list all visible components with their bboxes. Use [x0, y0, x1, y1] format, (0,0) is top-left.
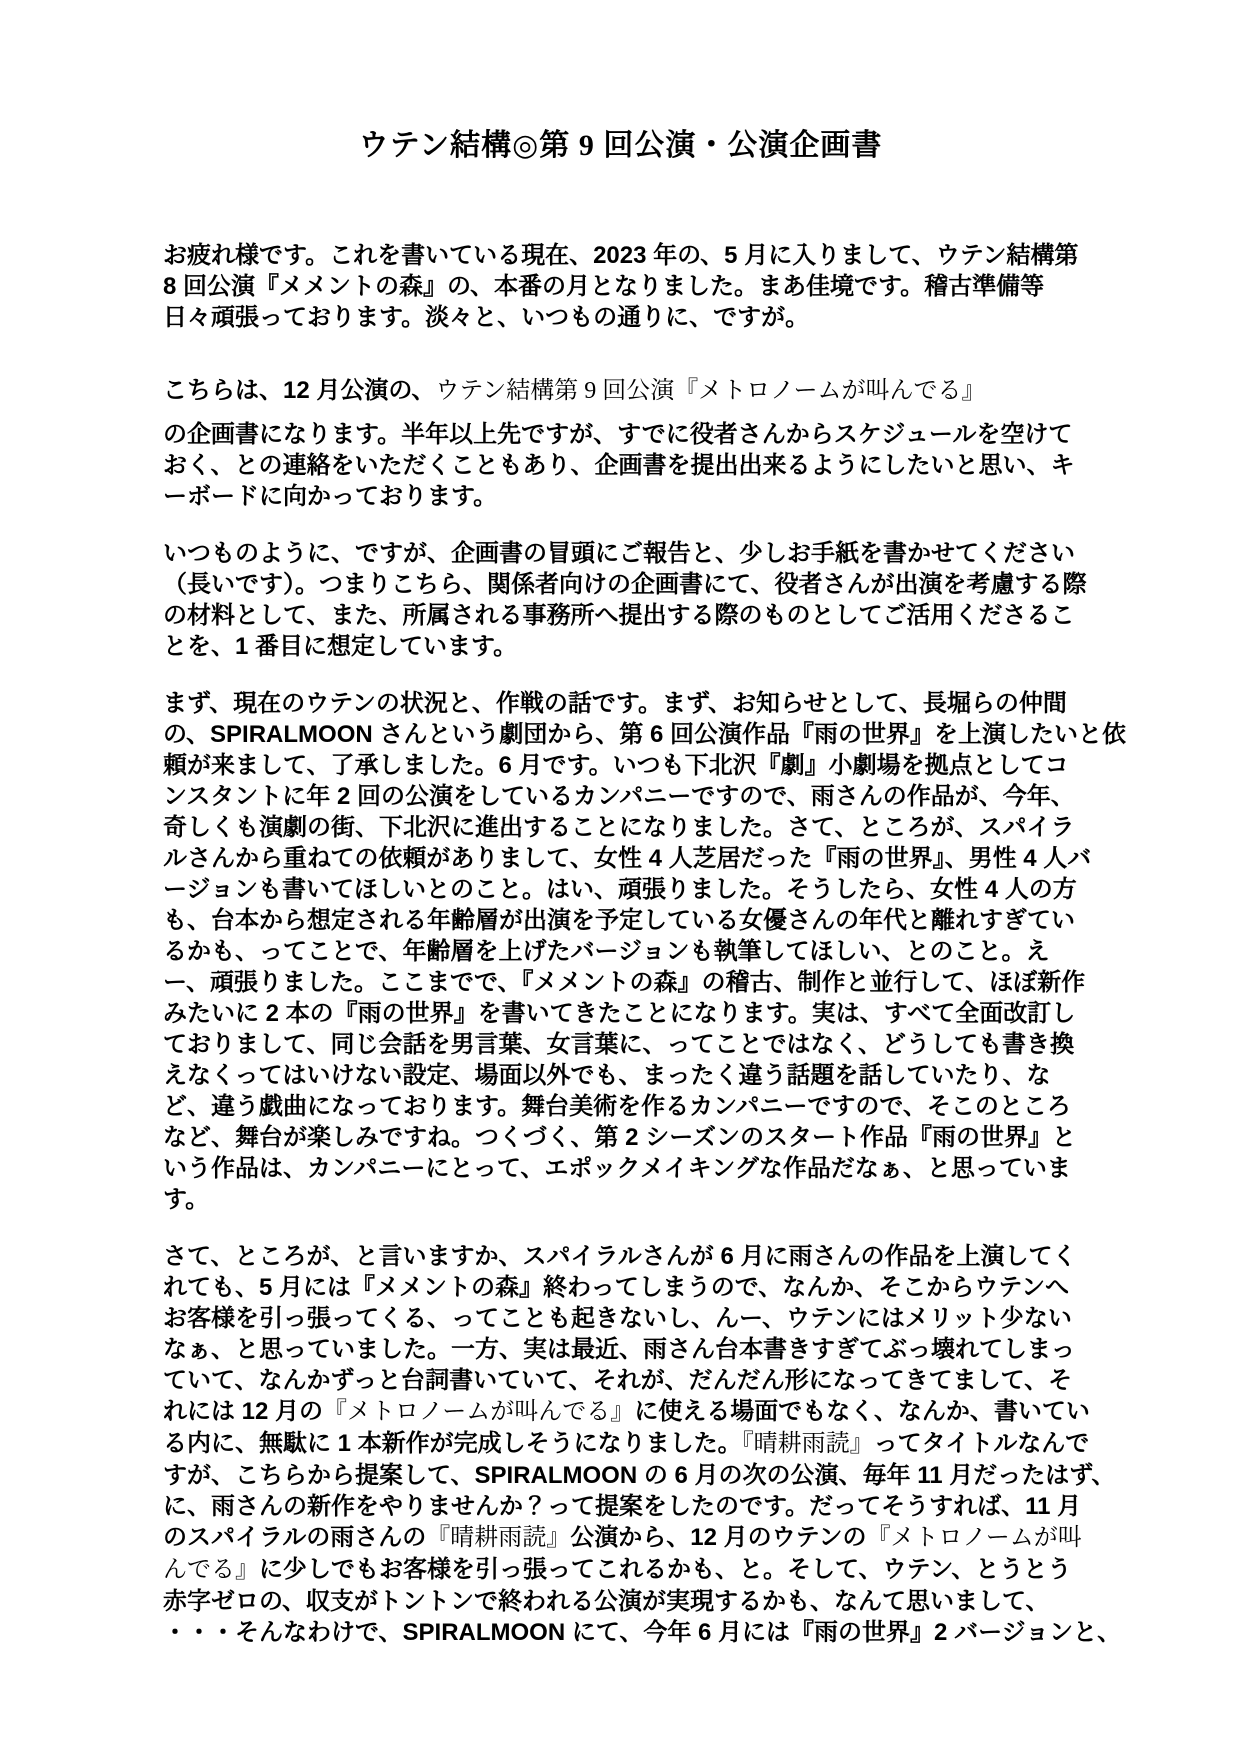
- text-line: ー、頑張りました。ここまでで、『メメントの森』の稽古、制作と並行して、ほぼ新作: [163, 967, 1131, 998]
- text-segment: れには 12 月の: [163, 1398, 323, 1425]
- text-segment: の、SPIRALMOON さんという劇団から、第 6 回公演作品『雨の世界』を上…: [163, 721, 1126, 748]
- text-line: （長いです）。つまりこちら、関係者向けの企画書にて、役者さんが出演を考慮する際: [163, 569, 1131, 600]
- text-segment: に少しでもお客様を引っ張ってこれるかも、と。そして、ウテン、とうとう: [259, 1556, 1071, 1583]
- text-line: 頼が来まして、了承しました。6 月です。いつも下北沢『劇』小劇場を拠点としてコ: [163, 750, 1131, 781]
- paragraph-uten-status: まず、現在のウテンの状況と、作戦の話です。まず、お知らせとして、長堀らの仲間の、…: [163, 688, 1131, 1215]
- text-segment: るかも、ってことで、年齢層を上げたバージョンも執筆してほしい、とのこと。え: [163, 938, 1050, 965]
- text-line: れても、5 月には『メメントの森』終わってしまうので、なんか、そこからウテンへ: [163, 1272, 1131, 1303]
- text-line: など、舞台が楽しみですね。つくづく、第 2 シーズンのスタート作品『雨の世界』と: [163, 1122, 1131, 1153]
- text-segment: ンスタントに年 2 回の公演をしているカンパニーですので、雨さんの作品が、今年、: [163, 783, 1075, 810]
- text-segment: す。: [163, 1186, 209, 1213]
- text-segment: 日々頑張っております。淡々と、いつもの通りに、ですが。: [163, 304, 809, 331]
- text-line: ージョンも書いてほしいとのこと。はい、頑張りました。そうしたら、女性 4 人の方: [163, 874, 1131, 905]
- text-line: さて、ところが、と言いますか、スパイラルさんが 6 月に雨さんの作品を上演してく: [163, 1241, 1131, 1272]
- document-body: お疲れ様です。これを書いている現在、2023 年の、5 月に入りまして、ウテン結…: [163, 240, 1131, 1648]
- text-segment: まず、現在のウテンの状況と、作戦の話です。まず、お知らせとして、長堀らの仲間: [163, 690, 1067, 717]
- text-line: まず、現在のウテンの状況と、作戦の話です。まず、お知らせとして、長堀らの仲間: [163, 688, 1131, 719]
- text-segment: こちらは、12 月公演の、: [163, 377, 435, 404]
- text-segment: ージョンも書いてほしいとのこと。はい、頑張りました。そうしたら、女性 4 人の方: [163, 876, 1077, 903]
- text-line: いつものように、ですが、企画書の冒頭にご報告と、少しお手紙を書かせてください: [163, 538, 1131, 569]
- text-line: んでる』に少しでもお客様を引っ張ってこれるかも、と。そして、ウテン、とうとう: [163, 1554, 1131, 1586]
- text-segment: ・・・そんなわけで、SPIRALMOON にて、今年 6 月には『雨の世界』2 …: [163, 1619, 1121, 1646]
- text-segment: に使える場面でもなく、なんか、書いてい: [634, 1398, 1090, 1425]
- text-line: れには 12 月の『メトロノームが叫んでる』に使える場面でもなく、なんか、書いて…: [163, 1396, 1131, 1428]
- text-line: に、雨さんの新作をやりませんか？って提案をしたのです。だってそうすれば、11 月: [163, 1491, 1131, 1522]
- paragraph-greeting: お疲れ様です。これを書いている現在、2023 年の、5 月に入りまして、ウテン結…: [163, 240, 1131, 333]
- play-title-text: んでる』: [163, 1557, 259, 1583]
- text-segment: る内に、無駄に 1 本新作が完成しそうになりました。: [163, 1430, 742, 1457]
- document-page: ウテン結構◎第 9 回公演・公演企画書 お疲れ様です。これを書いている現在、20…: [0, 0, 1241, 1755]
- text-segment: すが、こちらから提案して、SPIRALMOON の 6 月の次の公演、毎年 11…: [163, 1462, 1115, 1489]
- text-segment: お疲れ様です。これを書いている現在、2023 年の、5 月に入りまして、ウテン結…: [163, 242, 1079, 269]
- play-title-text: 『メトロノームが叫: [866, 1525, 1081, 1551]
- text-line: えなくってはいけない設定、場面以外でも、まったく違う話題を話していたり、な: [163, 1060, 1131, 1091]
- text-line: る内に、無駄に 1 本新作が完成しそうになりました。『晴耕雨読』ってタイトルなん…: [163, 1428, 1131, 1460]
- text-segment: ってタイトルなんで: [874, 1430, 1090, 1457]
- text-segment: えなくってはいけない設定、場面以外でも、まったく違う話題を話していたり、な: [163, 1062, 1051, 1089]
- text-line: も、台本から想定される年齢層が出演を予定している女優さんの年代と離れすぎてい: [163, 905, 1131, 936]
- text-segment: 公演から、12 月のウテンの: [570, 1524, 866, 1551]
- text-line: 8 回公演『メメントの森』の、本番の月となりました。まあ佳境です。稽古準備等: [163, 271, 1131, 302]
- text-segment: ー、頑張りました。ここまでで、『メメントの森』の稽古、制作と並行して、ほぼ新作: [163, 969, 1085, 996]
- text-line: お客様を引っ張ってくる、ってことも起きないし、んー、ウテンにはメリット少ない: [163, 1303, 1131, 1334]
- play-title-text: 『晴耕雨読』: [426, 1525, 570, 1551]
- text-segment: れても、5 月には『メメントの森』終わってしまうので、なんか、そこからウテンへ: [163, 1274, 1069, 1301]
- text-line: みたいに 2 本の『雨の世界』を書いてきたことになります。実は、すべて全面改訂し: [163, 998, 1131, 1029]
- text-line: ・・・そんなわけで、SPIRALMOON にて、今年 6 月には『雨の世界』2 …: [163, 1617, 1131, 1648]
- text-segment: ーボードに向かっております。: [163, 483, 497, 510]
- text-line: 日々頑張っております。淡々と、いつもの通りに、ですが。: [163, 302, 1131, 333]
- text-segment: ていて、なんかずっと台詞書いていて、それが、だんだん形になってきてまして、そ: [163, 1367, 1072, 1394]
- text-segment: 8 回公演『メメントの森』の、本番の月となりました。まあ佳境です。稽古準備等: [163, 273, 1044, 300]
- text-segment: 奇しくも演劇の街、下北沢に進出することになりました。さて、ところが、スパイラ: [163, 814, 1075, 841]
- text-line: の、SPIRALMOON さんという劇団から、第 6 回公演作品『雨の世界』を上…: [163, 719, 1131, 750]
- play-title-text: 『晴耕雨読』: [742, 1431, 874, 1457]
- text-segment: ルさんから重ねての依頼がありまして、女性 4 人芝居だった『雨の世界』、男性 4…: [163, 845, 1091, 872]
- text-line: こちらは、12 月公演の、ウテン結構第 9 回公演『メトロノームが叫んでる』: [163, 375, 1131, 407]
- text-segment: の材料として、また、所属される事務所へ提出する際のものとしてご活用くださるこ: [163, 602, 1075, 629]
- play-title-text: ウテン結構第 9 回公演『メトロノームが叫んでる』: [435, 378, 985, 404]
- text-segment: に、雨さんの新作をやりませんか？って提案をしたのです。だってそうすれば、11 月: [163, 1493, 1081, 1520]
- text-line: 赤字ゼロの、収支がトントンで終われる公演が実現するかも、なんて思いまして、: [163, 1586, 1131, 1617]
- text-line: す。: [163, 1184, 1131, 1215]
- text-line: いう作品は、カンパニーにとって、エポックメイキングな作品だなぁ、と思っていま: [163, 1153, 1131, 1184]
- text-line: お疲れ様です。これを書いている現在、2023 年の、5 月に入りまして、ウテン結…: [163, 240, 1131, 271]
- text-line: ーボードに向かっております。: [163, 481, 1131, 512]
- text-line: ておりまして、同じ会話を男言葉、女言葉に、ってことではなく、どうしても書き換: [163, 1029, 1131, 1060]
- play-title-text: 『メトロノームが叫んでる』: [323, 1399, 634, 1425]
- text-line: ど、違う戯曲になっております。舞台美術を作るカンパニーですので、そこのところ: [163, 1091, 1131, 1122]
- text-segment: さて、ところが、と言いますか、スパイラルさんが 6 月に雨さんの作品を上演してく: [163, 1243, 1076, 1270]
- text-segment: なぁ、と思っていました。一方、実は最近、雨さん台本書きすぎてぶっ壊れてしまっ: [163, 1336, 1075, 1363]
- text-segment: いう作品は、カンパニーにとって、エポックメイキングな作品だなぁ、と思っていま: [163, 1155, 1071, 1182]
- text-segment: も、台本から想定される年齢層が出演を予定している女優さんの年代と離れすぎてい: [163, 907, 1075, 934]
- text-segment: 頼が来まして、了承しました。6 月です。いつも下北沢『劇』小劇場を拠点としてコ: [163, 752, 1069, 779]
- text-segment: おく、との連絡をいただくこともあり、企画書を提出出来るようにしたいと思い、キ: [163, 452, 1075, 479]
- text-line: のスパイラルの雨さんの『晴耕雨読』公演から、12 月のウテンの『メトロノームが叫: [163, 1522, 1131, 1554]
- text-segment: ておりまして、同じ会話を男言葉、女言葉に、ってことではなく、どうしても書き換: [163, 1031, 1074, 1058]
- text-segment: のスパイラルの雨さんの: [163, 1524, 426, 1551]
- text-segment: （長いです）。つまりこちら、関係者向けの企画書にて、役者さんが出演を考慮する際: [163, 571, 1087, 598]
- text-line: おく、との連絡をいただくこともあり、企画書を提出出来るようにしたいと思い、キ: [163, 450, 1131, 481]
- text-segment: 赤字ゼロの、収支がトントンで終われる公演が実現するかも、なんて思いまして、: [163, 1588, 1050, 1615]
- paragraph-strategy: さて、ところが、と言いますか、スパイラルさんが 6 月に雨さんの作品を上演してく…: [163, 1241, 1131, 1648]
- text-line: すが、こちらから提案して、SPIRALMOON の 6 月の次の公演、毎年 11…: [163, 1460, 1131, 1491]
- document-title: ウテン結構◎第 9 回公演・公演企画書: [0, 0, 1241, 166]
- text-line: るかも、ってことで、年齢層を上げたバージョンも執筆してほしい、とのこと。え: [163, 936, 1131, 967]
- text-segment: ど、違う戯曲になっております。舞台美術を作るカンパニーですので、そこのところ: [163, 1093, 1071, 1120]
- text-line: ンスタントに年 2 回の公演をしているカンパニーですので、雨さんの作品が、今年、: [163, 781, 1131, 812]
- text-line: なぁ、と思っていました。一方、実は最近、雨さん台本書きすぎてぶっ壊れてしまっ: [163, 1334, 1131, 1365]
- text-segment: いつものように、ですが、企画書の冒頭にご報告と、少しお手紙を書かせてください: [163, 540, 1075, 567]
- text-segment: とを、1 番目に想定しています。: [163, 633, 517, 660]
- text-line: とを、1 番目に想定しています。: [163, 631, 1131, 662]
- text-line: の企画書になります。半年以上先ですが、すでに役者さんからスケジュールを空けて: [163, 419, 1131, 450]
- paragraph-proposal-intro: こちらは、12 月公演の、ウテン結構第 9 回公演『メトロノームが叫んでる』の企…: [163, 375, 1131, 512]
- text-segment: など、舞台が楽しみですね。つくづく、第 2 シーズンのスタート作品『雨の世界』と: [163, 1124, 1076, 1151]
- text-segment: お客様を引っ張ってくる、ってことも起きないし、んー、ウテンにはメリット少ない: [163, 1305, 1072, 1332]
- paragraph-letter-purpose: いつものように、ですが、企画書の冒頭にご報告と、少しお手紙を書かせてください（長…: [163, 538, 1131, 662]
- text-line: ルさんから重ねての依頼がありまして、女性 4 人芝居だった『雨の世界』、男性 4…: [163, 843, 1131, 874]
- text-segment: の企画書になります。半年以上先ですが、すでに役者さんからスケジュールを空けて: [163, 421, 1072, 448]
- text-line: 奇しくも演劇の街、下北沢に進出することになりました。さて、ところが、スパイラ: [163, 812, 1131, 843]
- text-segment: みたいに 2 本の『雨の世界』を書いてきたことになります。実は、すべて全面改訂し: [163, 1000, 1075, 1027]
- text-line: ていて、なんかずっと台詞書いていて、それが、だんだん形になってきてまして、そ: [163, 1365, 1131, 1396]
- text-line: の材料として、また、所属される事務所へ提出する際のものとしてご活用くださるこ: [163, 600, 1131, 631]
